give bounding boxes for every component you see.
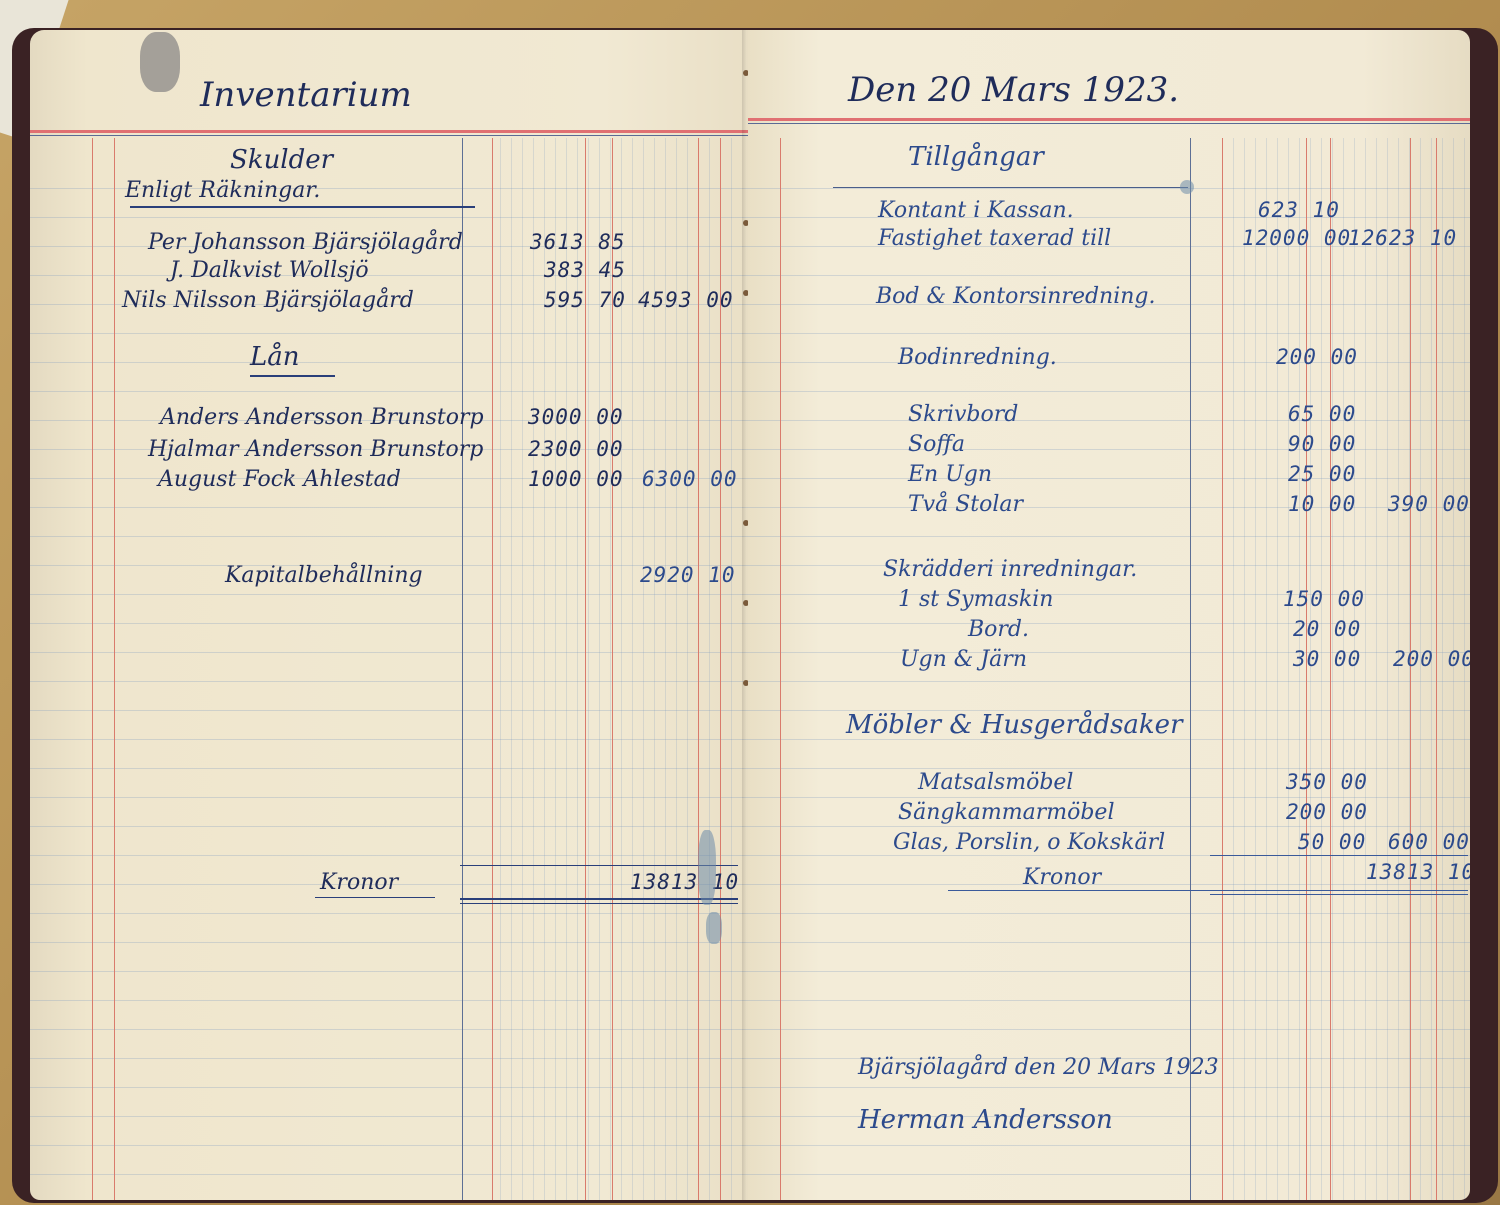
- furniture-item-amount: 200 00: [1286, 800, 1368, 824]
- asset-subtotal: 12623 10: [1348, 226, 1457, 250]
- right-page: Den 20 Mars 1923. Tillgångar Kontant i K…: [748, 30, 1470, 1200]
- shop-item-amount: 200 00: [1276, 345, 1358, 369]
- header-rule: [30, 130, 748, 133]
- debt-entry-amount: 595 70: [544, 288, 626, 312]
- section-title-loans: Lån: [250, 342, 300, 372]
- total-label: Kronor: [1023, 865, 1101, 890]
- tailor-subtotal: 200 00: [1393, 647, 1470, 671]
- debt-entry-amount: 3613 85: [530, 230, 626, 254]
- section-title-assets: Tillgångar: [908, 142, 1044, 172]
- furniture-item-name: Matsalsmöbel: [918, 770, 1073, 795]
- tailor-item-amount: 20 00: [1293, 617, 1361, 641]
- page-date-heading: Den 20 Mars 1923.: [848, 70, 1179, 110]
- shop-item-name: Två Stolar: [908, 492, 1023, 517]
- shop-item-name: Skrivbord: [908, 402, 1018, 427]
- tailor-item-name: 1 st Symaskin: [898, 587, 1053, 612]
- tailor-item-amount: 150 00: [1283, 587, 1365, 611]
- shop-item-name: Bodinredning.: [898, 345, 1057, 370]
- shop-item-amount: 90 00: [1288, 432, 1356, 456]
- shop-item-amount: 25 00: [1288, 462, 1356, 486]
- signature-name: Herman Andersson: [858, 1105, 1113, 1135]
- section-title-debts: Skulder: [230, 145, 333, 175]
- debt-entry-name: Per Johansson Bjärsjölagård: [148, 230, 463, 255]
- section-title-shop: Bod & Kontorsinredning.: [876, 284, 1156, 309]
- furniture-subtotal: 600 00: [1388, 830, 1470, 854]
- shop-item-name: En Ugn: [908, 462, 992, 487]
- debt-entry-name: J. Dalkvist Wollsjö: [170, 258, 369, 283]
- section-title-furniture: Möbler & Husgerådsaker: [846, 710, 1183, 740]
- furniture-item-amount: 50 00: [1298, 830, 1366, 854]
- total-amount: 13813 10: [1366, 860, 1470, 884]
- debt-subtotal: 4593 00: [638, 288, 734, 312]
- total-amount: 13813 10: [630, 870, 739, 894]
- signature-place-date: Bjärsjölagård den 20 Mars 1923: [858, 1055, 1219, 1080]
- section-title-tailor: Skrädderi inredningar.: [883, 557, 1137, 582]
- total-label: Kronor: [320, 870, 398, 895]
- ink-stain: [140, 32, 180, 92]
- loan-entry-name: Anders Andersson Brunstorp: [160, 405, 484, 430]
- loan-entry-name: Hjalmar Andersson Brunstorp: [148, 437, 483, 462]
- asset-entry-amount: 12000 00: [1242, 226, 1351, 250]
- left-page: Inventarium Skulder Enligt Räkningar. Pe…: [30, 30, 748, 1200]
- ink-blot: [698, 830, 716, 905]
- loan-entry-amount: 2300 00: [528, 437, 624, 461]
- page-heading: Inventarium: [200, 75, 412, 115]
- asset-entry-name: Kontant i Kassan.: [878, 198, 1074, 223]
- shop-item-amount: 65 00: [1288, 402, 1356, 426]
- shop-item-name: Soffa: [908, 432, 965, 457]
- asset-entry-name: Fastighet taxerad till: [878, 226, 1111, 251]
- furniture-item-name: Sängkammarmöbel: [898, 800, 1115, 825]
- debt-entry-amount: 383 45: [544, 258, 626, 282]
- debt-entry-name: Nils Nilsson Bjärsjölagård: [122, 288, 414, 313]
- capital-amount: 2920 10: [640, 563, 736, 587]
- tailor-item-name: Bord.: [968, 617, 1029, 642]
- loan-entry-amount: 1000 00: [528, 467, 624, 491]
- shop-subtotal: 390 00: [1388, 492, 1470, 516]
- furniture-item-amount: 350 00: [1286, 770, 1368, 794]
- shop-item-amount: 10 00: [1288, 492, 1356, 516]
- header-rule: [748, 118, 1470, 121]
- loan-entry-amount: 3000 00: [528, 405, 624, 429]
- capital-label: Kapitalbehållning: [225, 563, 423, 588]
- tailor-item-amount: 30 00: [1293, 647, 1361, 671]
- furniture-item-name: Glas, Porslin, o Kokskärl: [893, 830, 1165, 855]
- section-subtitle: Enligt Räkningar.: [125, 178, 320, 203]
- loan-subtotal: 6300 00: [642, 467, 738, 491]
- tailor-item-name: Ugn & Järn: [900, 647, 1027, 672]
- loan-entry-name: August Fock Ahlestad: [158, 467, 401, 492]
- asset-entry-amount: 623 10: [1258, 198, 1340, 222]
